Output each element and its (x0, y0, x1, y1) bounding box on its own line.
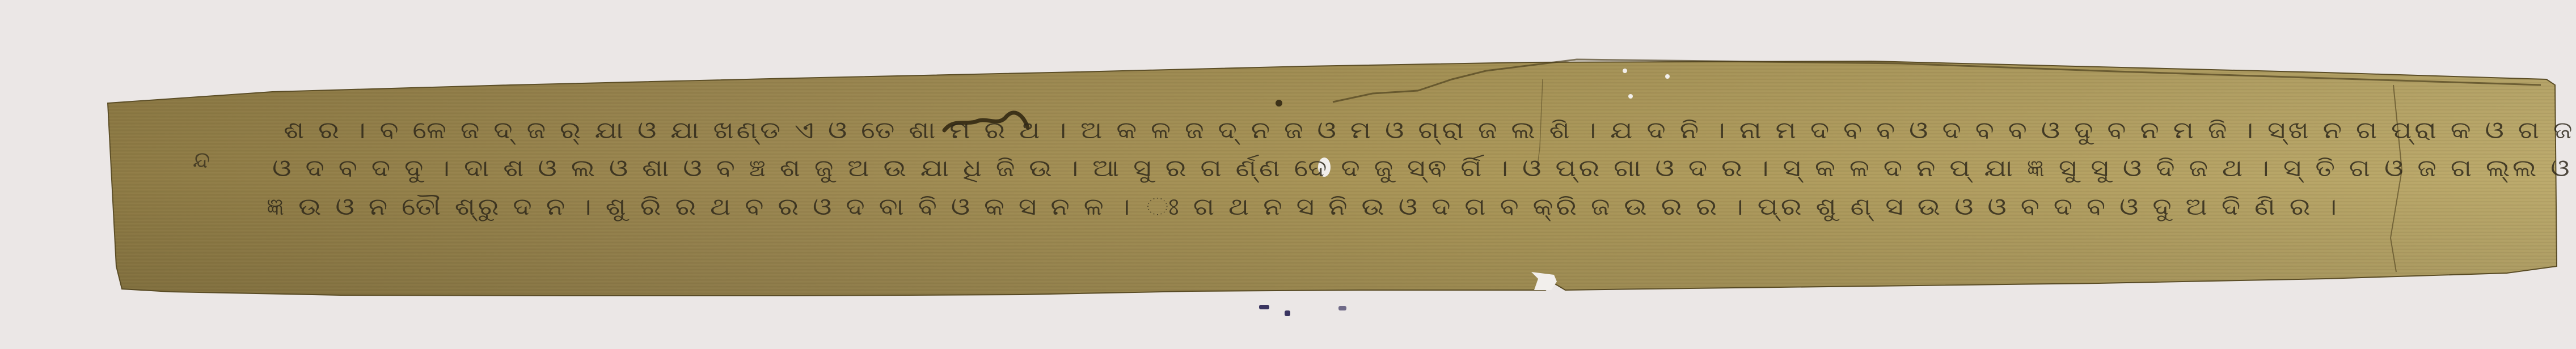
margin-mark: ନ୍ଦ (193, 147, 211, 173)
manuscript-line-2: ଓ ଦ ବ ଦ ଦୁ । ଦା ଶ ଓ ଲ ଓ ଶା ଓ ବ ଞ୍ଚ ଶ ଜୁ … (272, 154, 2576, 182)
manuscript-line-1: ଶ ର । ବ ଳେ ଜ ଦ୍ ଜ ର୍ ଯା ଓ ଯା ଖଣ୍ଡ ଏ ଓ ତେ… (284, 116, 2576, 144)
manuscript-line-3: ଜ୍ଞ ଉ ଓ ନ ତୌ ଶ୍ରୁ ଦ ନ । ଶୁ ରି ର ଥ ବ ର ଓ … (267, 193, 2339, 221)
